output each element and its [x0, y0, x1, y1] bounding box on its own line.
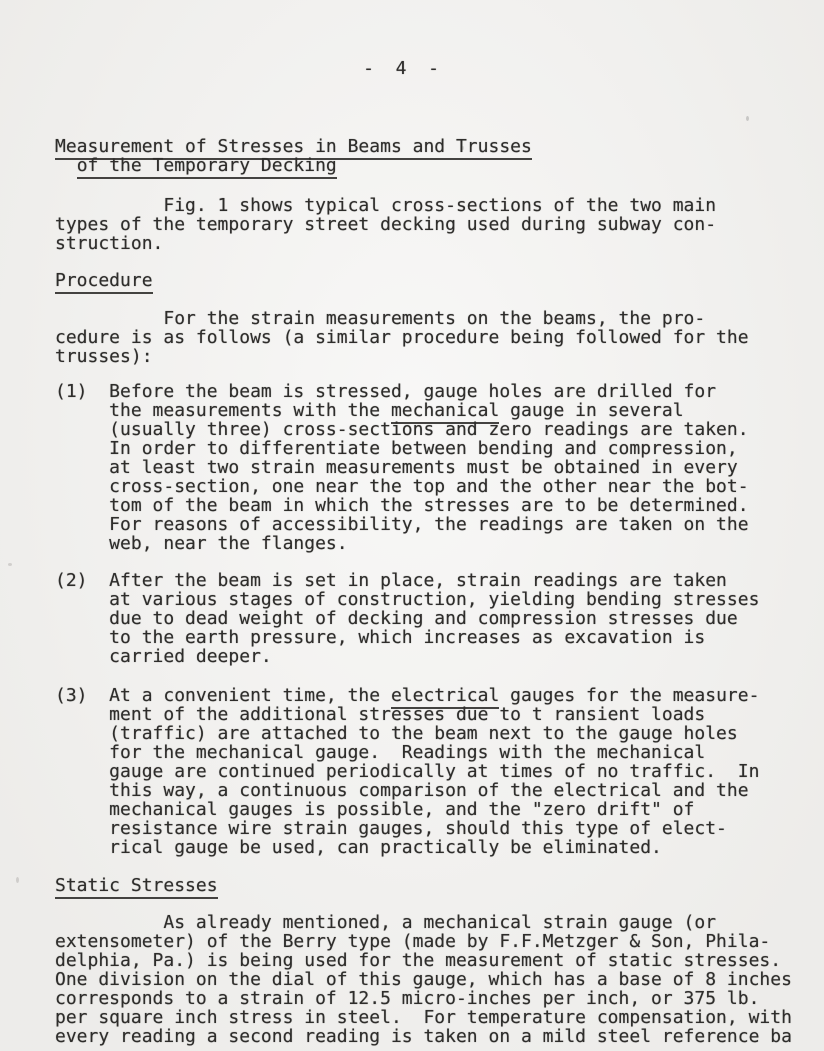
heading-measurement: Measurement of Stresses in Beams and Tru…	[0, 137, 824, 175]
heading-static-stresses: Static Stresses	[0, 876, 824, 895]
text-line: trusses):	[0, 347, 824, 366]
text-line: cross-section, one near the top and the …	[0, 477, 824, 496]
text-line: ment of the additional stresses due to t…	[0, 705, 824, 724]
heading-line: Measurement of Stresses in Beams and Tru…	[0, 137, 824, 156]
text-line: at various stages of construction, yield…	[0, 590, 824, 609]
text-segment: gauge in several	[499, 400, 683, 421]
text-line: types of the temporary street decking us…	[0, 215, 824, 234]
text-line: gauge are continued periodically at time…	[0, 762, 824, 781]
text-line: resistance wire strain gauges, should th…	[0, 819, 824, 838]
text-line: struction.	[0, 234, 824, 253]
text-line: at least two strain measurements must be…	[0, 458, 824, 477]
list-item-3: (3) At a convenient time, the electrical…	[0, 686, 824, 857]
text-line: (3) At a convenient time, the electrical…	[0, 686, 824, 705]
text-line: corresponds to a strain of 12.5 micro-in…	[0, 989, 824, 1008]
text-line: rical gauge be used, can practically be …	[0, 838, 824, 857]
text-line: for the mechanical gauge. Readings with …	[0, 743, 824, 762]
scan-speck	[8, 563, 12, 566]
text-line: One division on the dial of this gauge, …	[0, 970, 824, 989]
heading-procedure-text: Procedure	[55, 270, 153, 294]
text-line: due to dead weight of decking and compre…	[0, 609, 824, 628]
text-line: extensometer) of the Berry type (made by…	[0, 932, 824, 951]
text-line: cedure is as follows (a similar procedur…	[0, 328, 824, 347]
paragraph-static-stresses: As already mentioned, a mechanical strai…	[0, 913, 824, 1046]
scan-speck	[16, 877, 19, 883]
text-line: per square inch stress in steel. For tem…	[0, 1008, 824, 1027]
list-item-1: (1) Before the beam is stressed, gauge h…	[0, 382, 824, 553]
text-line: carried deeper.	[0, 647, 824, 666]
text-line: In order to differentiate between bendin…	[0, 439, 824, 458]
heading-procedure: Procedure	[0, 271, 824, 290]
list-item-2: (2) After the beam is set in place, stra…	[0, 571, 824, 666]
text-line: mechanical gauges is possible, and the "…	[0, 800, 824, 819]
text-line: (2) After the beam is set in place, stra…	[0, 571, 824, 590]
text-line: (traffic) are attached to the beam next …	[0, 724, 824, 743]
text-line: As already mentioned, a mechanical strai…	[0, 913, 824, 932]
heading-static-stresses-text: Static Stresses	[55, 875, 218, 899]
text-line: For reasons of accessibility, the readin…	[0, 515, 824, 534]
text-line: Fig. 1 shows typical cross-sections of t…	[0, 196, 824, 215]
heading-indent	[55, 155, 77, 176]
paragraph-procedure: For the strain measurements on the beams…	[0, 309, 824, 366]
text-segment: the measurements with the	[55, 400, 391, 421]
page-number: - 4 -	[0, 59, 813, 78]
paragraph-intro: Fig. 1 shows typical cross-sections of t…	[0, 196, 824, 253]
text-line: For the strain measurements on the beams…	[0, 309, 824, 328]
text-line: tom of the beam in which the stresses ar…	[0, 496, 824, 515]
heading-line: Static Stresses	[0, 876, 824, 895]
text-line: to the earth pressure, which increases a…	[0, 628, 824, 647]
text-line: (usually three) cross-sections and zero …	[0, 420, 824, 439]
document-page: - 4 - Measurement of Stresses in Beams a…	[0, 0, 824, 1051]
text-line: every reading a second reading is taken …	[0, 1027, 824, 1046]
text-line: (1) Before the beam is stressed, gauge h…	[0, 382, 824, 401]
text-segment: (3) At a convenient time, the	[55, 685, 391, 706]
text-line: the measurements with the mechanical gau…	[0, 401, 824, 420]
text-line: delphia, Pa.) is being used for the meas…	[0, 951, 824, 970]
text-segment: gauges for the measure-	[499, 685, 759, 706]
scan-speck	[462, 146, 464, 150]
text-line: web, near the flanges.	[0, 534, 824, 553]
text-line: this way, a continuous comparison of the…	[0, 781, 824, 800]
heading-line: Procedure	[0, 271, 824, 290]
heading-measurement-text-2: of the Temporary Decking	[77, 155, 337, 179]
scan-speck	[746, 116, 749, 121]
